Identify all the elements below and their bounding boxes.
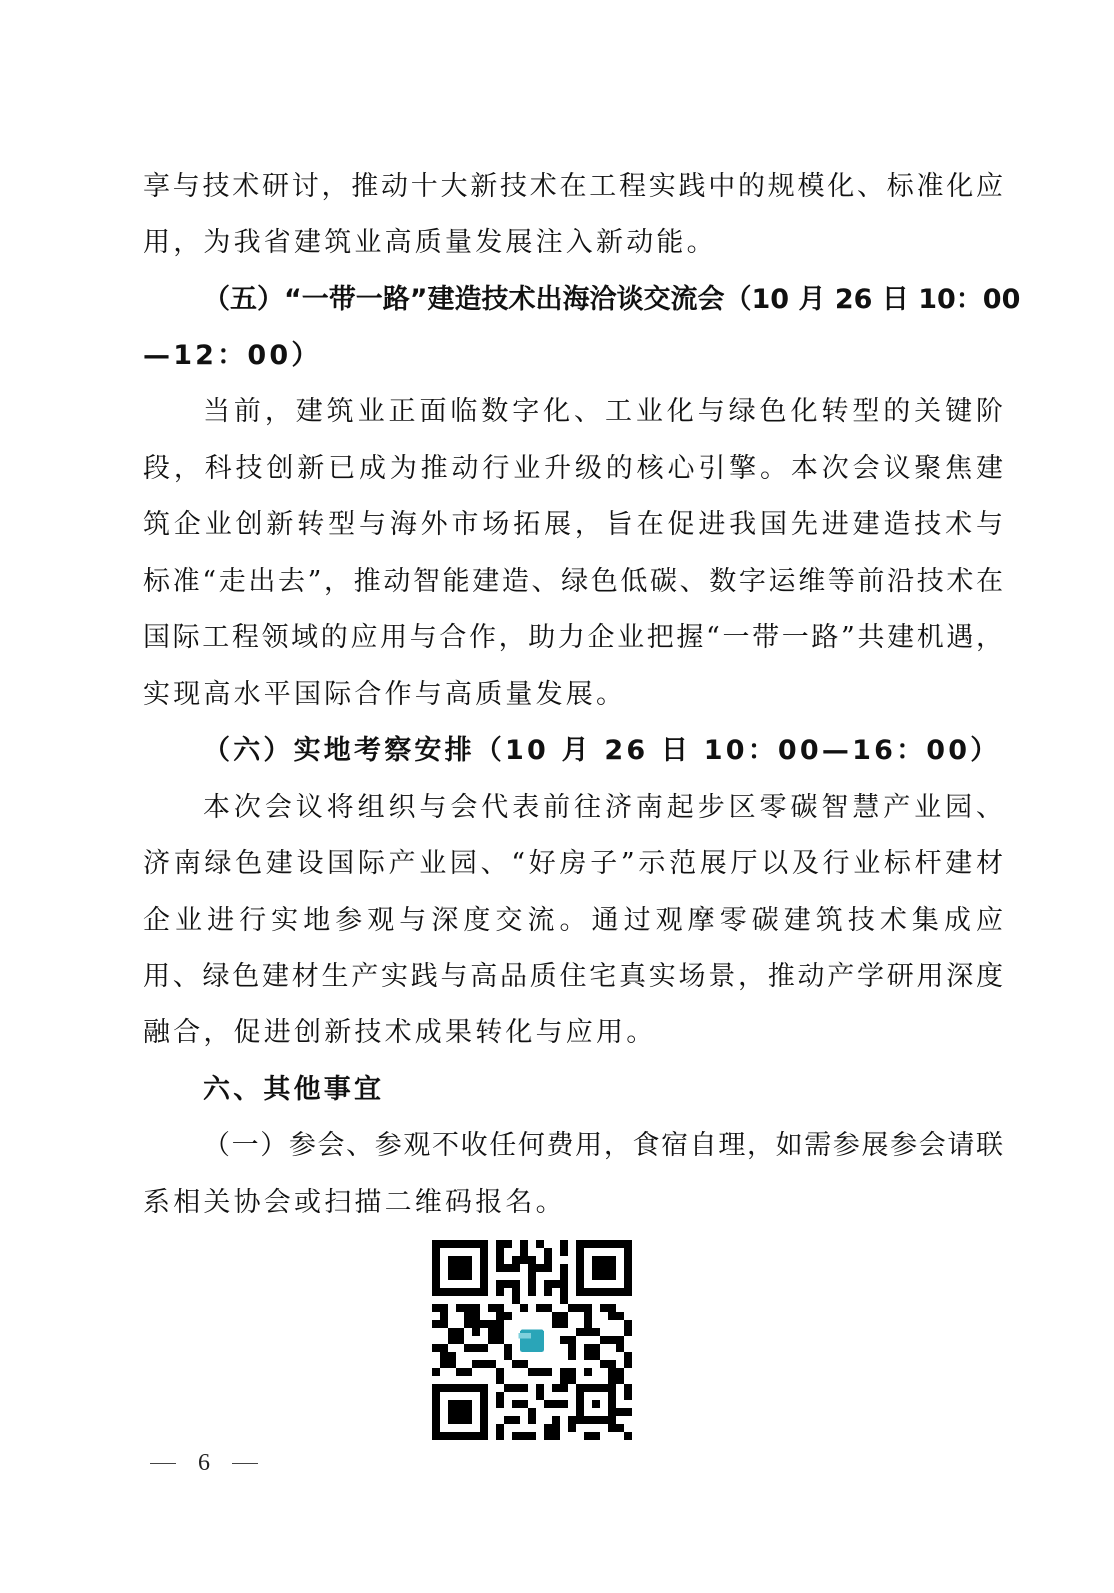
paragraph-line: 融合，促进创新技术成果转化与应用。 [143, 1013, 1003, 1053]
paragraph-line: 用、绿色建材生产实践与高品质住宅真实场景，推动产学研用深度 [143, 957, 1003, 997]
paragraph-line: 济南绿色建设国际产业园、“好房子”示范展厅以及行业标杆建材 [143, 844, 1003, 884]
qr-finder-top-right [576, 1240, 632, 1296]
qr-finder-top-left [432, 1240, 488, 1296]
paragraph-line: 系相关协会或扫描二维码报名。 [143, 1183, 1003, 1223]
paragraph-line: 标准“走出去”，推动智能建造、绿色低碳、数字运维等前沿技术在 [143, 562, 1003, 602]
document-page: 享与技术研讨，推动十大新技术在工程实践中的规模化、标准化应 用，为我省建筑业高质… [0, 0, 1114, 1593]
paragraph-line: 段，科技创新已成为推动行业升级的核心引擎。本次会议聚焦建 [143, 449, 1003, 489]
qr-finder-bottom-left [432, 1384, 488, 1440]
subsection-heading-6: （六）实地考察安排（10 月 26 日 10：00—16：00） [203, 731, 1003, 771]
section-heading-other-matters: 六、其他事宜 [203, 1070, 1003, 1110]
subsection-heading-5-cont: —12：00） [143, 336, 1003, 376]
qr-center-logo-icon [518, 1330, 544, 1352]
paragraph-line: 本次会议将组织与会代表前往济南起步区零碳智慧产业园、 [203, 788, 1003, 828]
paragraph-line: 当前，建筑业正面临数字化、工业化与绿色化转型的关键阶 [203, 392, 1003, 432]
subsection-heading-5: （五）“一带一路”建造技术出海洽谈交流会（10 月 26 日 10：00 [203, 280, 1003, 320]
paragraph-line: 用，为我省建筑业高质量发展注入新动能。 [143, 223, 1003, 263]
qr-code-image[interactable] [432, 1240, 632, 1440]
paragraph-line: 实现高水平国际合作与高质量发展。 [143, 675, 1003, 715]
paragraph-line: 筑企业创新转型与海外市场拓展，旨在促进我国先进建造技术与 [143, 505, 1003, 545]
page-number-footer: 6 [150, 1448, 258, 1478]
paragraph-line: 享与技术研讨，推动十大新技术在工程实践中的规模化、标准化应 [143, 167, 1003, 207]
footer-dash-left [150, 1463, 176, 1464]
page-number: 6 [198, 1448, 210, 1478]
paragraph-line: 国际工程领域的应用与合作，助力企业把握“一带一路”共建机遇， [143, 618, 1003, 658]
footer-dash-right [232, 1463, 258, 1464]
paragraph-line: （一）参会、参观不收任何费用，食宿自理，如需参展参会请联 [203, 1126, 1003, 1166]
paragraph-line: 企业进行实地参观与深度交流。通过观摩零碳建筑技术集成应 [143, 901, 1003, 941]
